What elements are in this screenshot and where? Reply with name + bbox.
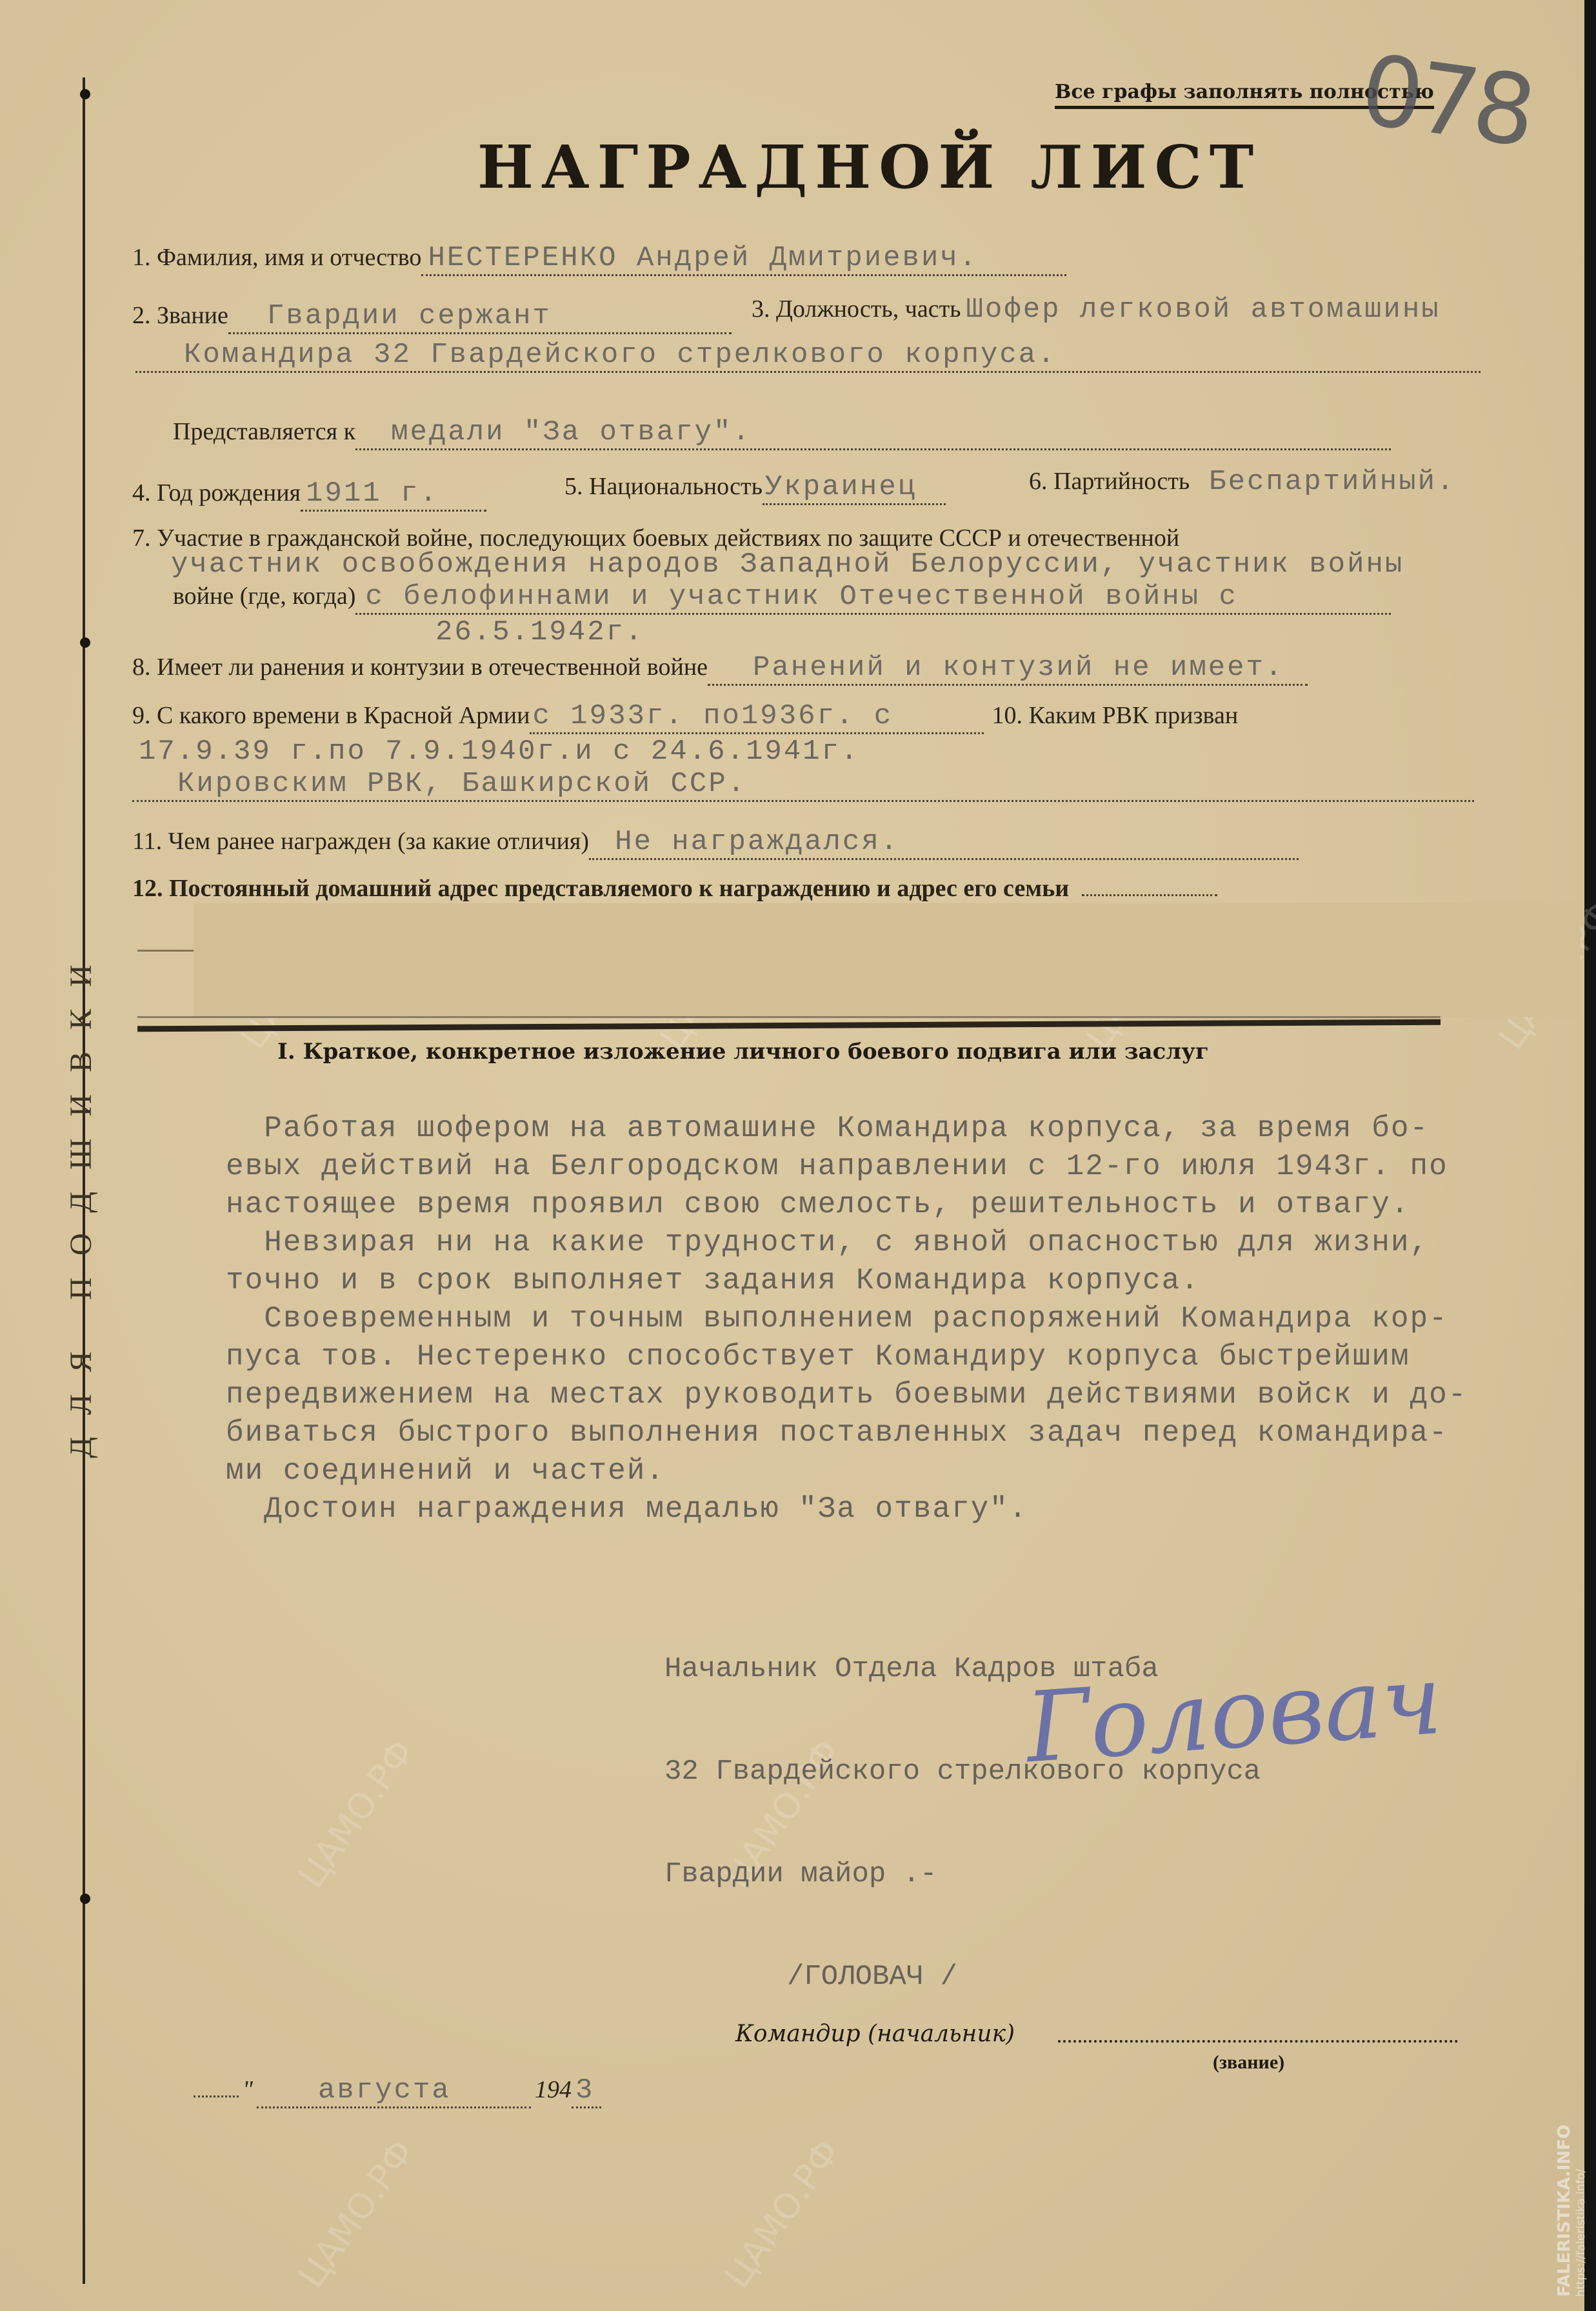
signer-name: /ГОЛОВАЧ / bbox=[664, 1960, 1261, 1994]
citation-line: Невзирая ни на какие трудности, с явной … bbox=[226, 1224, 1568, 1262]
page-title: НАГРАДНОЙ ЛИСТ bbox=[477, 132, 1261, 202]
citation-line: настоящее время проявил свою смелость, р… bbox=[226, 1186, 1568, 1224]
field-label: 4. Год рождения bbox=[132, 479, 301, 507]
citation-text: Работая шофером на автомашине Командира … bbox=[226, 1110, 1568, 1528]
field-label: 1. Фамилия, имя и отчество bbox=[132, 243, 421, 272]
archive-number: 078 bbox=[1354, 34, 1537, 169]
field-label: 10. Каким РВК призван bbox=[984, 701, 1238, 730]
dotted-line bbox=[137, 950, 195, 952]
citation-line: передвижением на местах руководить боевы… bbox=[226, 1376, 1568, 1414]
date-year-prefix: 194 bbox=[531, 2076, 572, 2104]
citation-line: Работая шофером на автомашине Командира … bbox=[226, 1110, 1568, 1148]
signer-rank: Гвардии майор .- bbox=[664, 1857, 1261, 1892]
date-month: августа bbox=[257, 2074, 531, 2108]
citation-line: ми соединений и частей. bbox=[226, 1452, 1568, 1490]
field-nationality: 5. Национальность Украинец bbox=[564, 471, 946, 505]
field-nominated: Представляется к медали "За отвагу". bbox=[173, 416, 1391, 450]
site-watermark: FALERISTIKA.INFO https://faleristika.inf… bbox=[1555, 2125, 1588, 2297]
commander-signature-line bbox=[1058, 2040, 1458, 2043]
field-label: Представляется к bbox=[173, 417, 355, 446]
field-value: Беспартийный. bbox=[1190, 466, 1455, 498]
field-wounds: 8. Имеет ли ранения и контузии в отечест… bbox=[132, 652, 1308, 686]
citation-line: Достоин награждения медалью "За отвагу". bbox=[226, 1490, 1568, 1528]
field-position-cont: Командира 32 Гвардейского стрелкового ко… bbox=[135, 339, 1481, 373]
field-value: с белофиннами и участник Отечественной в… bbox=[355, 581, 1391, 615]
field-label: 6. Партийность bbox=[1029, 467, 1190, 495]
field-value: Кировским РВК, Башкирской ССР. bbox=[132, 768, 1474, 802]
site-title: FALERISTIKA.INFO bbox=[1555, 2125, 1574, 2297]
field-value: участник освобождения народов Западной Б… bbox=[171, 548, 1404, 581]
citation-line: точно и в срок выполняет задания Команди… bbox=[226, 1262, 1568, 1300]
field-address: 12. Постоянный домашний адрес представля… bbox=[132, 874, 1217, 903]
binding-label: ДЛЯ ПОДШИВКИ bbox=[63, 943, 99, 1458]
citation-line: биваться быстрого выполнения поставленны… bbox=[226, 1414, 1568, 1452]
field-army-service: 9. С какого времени в Красной Армии с 19… bbox=[132, 700, 1238, 734]
field-label: 12. Постоянный домашний адрес представля… bbox=[132, 874, 1069, 903]
field-rank: 2. Звание Гвардии сержант bbox=[132, 300, 732, 334]
field-label: 9. С какого времени в Красной Армии bbox=[132, 701, 530, 730]
field-label: 8. Имеет ли ранения и контузии в отечест… bbox=[132, 653, 708, 681]
dotted-line bbox=[137, 1016, 1441, 1018]
field-value: 1911 г. bbox=[301, 477, 486, 512]
field-party: 6. Партийность Беспартийный. bbox=[1029, 466, 1455, 498]
field-value: медали "За отвагу". bbox=[355, 416, 1391, 450]
field-dots bbox=[1082, 894, 1217, 896]
field-value: с 1933г. по1936г. с bbox=[530, 700, 984, 734]
day-blank bbox=[194, 2096, 239, 2097]
field-value: Командира 32 Гвардейского стрелкового ко… bbox=[135, 339, 1481, 373]
field-value: Шофер легковой автомашины bbox=[961, 294, 1441, 326]
redacted-address bbox=[194, 903, 1581, 1017]
field-participation-cont: войне (где, когда) с белофиннами и участ… bbox=[173, 581, 1391, 615]
field-position: 3. Должность, часть Шофер легковой автом… bbox=[752, 294, 1441, 326]
scan-edge bbox=[1584, 0, 1596, 2311]
section-heading: I. Краткое, конкретное изложение личного… bbox=[277, 1039, 1209, 1065]
field-label: 3. Должность, часть bbox=[752, 295, 961, 323]
field-draft-office: Кировским РВК, Башкирской ССР. bbox=[132, 768, 1474, 802]
field-value: Украинец bbox=[763, 471, 946, 505]
field-label: войне (где, когда) bbox=[173, 582, 355, 610]
field-value: Ранений и контузий не имеет. bbox=[708, 652, 1308, 686]
punch-hole bbox=[80, 637, 90, 648]
site-url: https://faleristika.info/ bbox=[1574, 2125, 1588, 2297]
field-value: 26.5.1942г. bbox=[435, 616, 644, 648]
field-value: Гвардии сержант bbox=[228, 300, 732, 334]
signer-block: Начальник Отдела Кадров штаба 32 Гвардей… bbox=[664, 1584, 1261, 2028]
date-year-suffix: 3 bbox=[572, 2074, 601, 2108]
field-value: 17.9.39 г.по 7.9.1940г.и с 24.6.1941г. bbox=[139, 735, 859, 768]
field-label: 2. Звание bbox=[132, 301, 228, 330]
field-prev-awards: 11. Чем ранее награжден (за какие отличи… bbox=[132, 826, 1299, 860]
field-label: 11. Чем ранее награжден (за какие отличи… bbox=[132, 827, 589, 855]
field-birth-year: 4. Год рождения 1911 г. bbox=[132, 477, 486, 512]
date-line: " августа 194 3 bbox=[194, 2074, 601, 2108]
citation-line: пуса тов. Нестеренко способствует Команд… bbox=[226, 1338, 1568, 1376]
citation-line: евых действий на Белгородском направлени… bbox=[226, 1148, 1568, 1186]
field-full-name: 1. Фамилия, имя и отчество НЕСТЕРЕНКО Ан… bbox=[132, 242, 1066, 276]
punch-hole bbox=[80, 89, 90, 99]
rank-caption: (звание) bbox=[1213, 2052, 1284, 2074]
date-quote: " bbox=[239, 2076, 257, 2104]
citation-line: Своевременным и точным выполнением распо… bbox=[226, 1300, 1568, 1338]
field-label: 5. Национальность bbox=[564, 472, 763, 501]
punch-hole bbox=[80, 1894, 90, 1904]
commander-label: Командир (начальник) bbox=[735, 2021, 1015, 2047]
field-value: Не награждался. bbox=[589, 826, 1299, 860]
field-value: НЕСТЕРЕНКО Андрей Дмитриевич. bbox=[421, 242, 1066, 276]
